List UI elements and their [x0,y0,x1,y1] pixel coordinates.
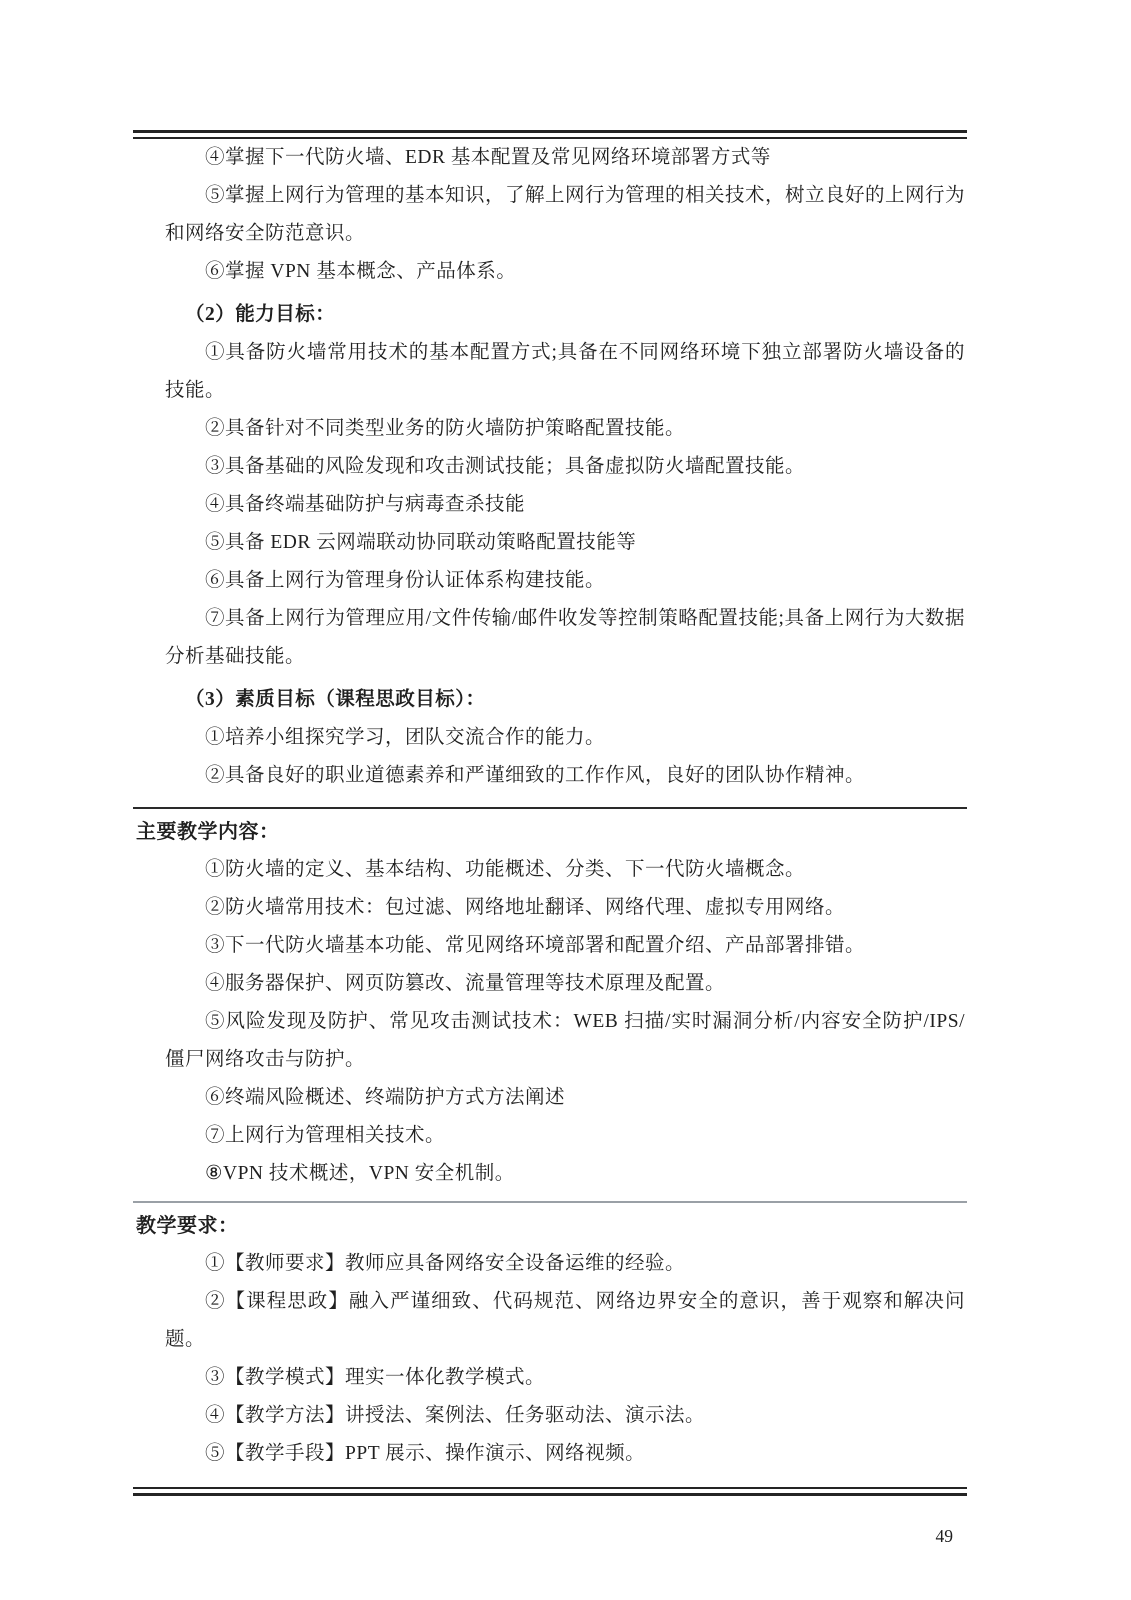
paragraph: ⑥掌握 VPN 基本概念、产品体系。 [165,253,965,291]
section-divider [133,807,967,809]
paragraph: ⑤具备 EDR 云网端联动协同联动策略配置技能等 [165,524,965,562]
paragraph: ⑤掌握上网行为管理的基本知识，了解上网行为管理的相关技术，树立良好的上网行为和网… [165,177,965,253]
paragraph: ⑤【教学手段】PPT 展示、操作演示、网络视频。 [165,1435,965,1473]
paragraph: ③下一代防火墙基本功能、常见网络环境部署和配置介绍、产品部署排错。 [165,927,965,965]
section-ability-goals: （2）能力目标： ①具备防火墙常用技术的基本配置方式;具备在不同网络环境下独立部… [133,296,967,676]
paragraph: ③【教学模式】理实一体化教学模式。 [165,1359,965,1397]
page-content: ④掌握下一代防火墙、EDR 基本配置及常见网络环境部署方式等⑤掌握上网行为管理的… [133,130,967,1547]
teaching-requirements-heading: 教学要求： [136,1207,967,1245]
paragraph: ④掌握下一代防火墙、EDR 基本配置及常见网络环境部署方式等 [165,139,965,177]
page-bottom-border [133,1487,967,1496]
paragraph: ④服务器保护、网页防篡改、流量管理等技术原理及配置。 [165,965,965,1003]
paragraph: ③具备基础的风险发现和攻击测试技能；具备虚拟防火墙配置技能。 [165,448,965,486]
section-teaching-requirements: 教学要求： ①【教师要求】教师应具备网络安全设备运维的经验。②【课程思政】融入严… [133,1207,967,1473]
knowledge-goals-paragraphs: ④掌握下一代防火墙、EDR 基本配置及常见网络环境部署方式等⑤掌握上网行为管理的… [133,139,967,291]
paragraph: ②防火墙常用技术：包过滤、网络地址翻译、网络代理、虚拟专用网络。 [165,889,965,927]
ability-goals-paragraphs: ①具备防火墙常用技术的基本配置方式;具备在不同网络环境下独立部署防火墙设备的技能… [133,334,967,676]
page-number: 49 [133,1526,967,1547]
paragraph: ⑧VPN 技术概述，VPN 安全机制。 [165,1155,965,1193]
paragraph: ⑦具备上网行为管理应用/文件传输/邮件收发等控制策略配置技能;具备上网行为大数据… [165,600,965,676]
ability-goals-heading: （2）能力目标： [165,296,967,334]
paragraph: ⑦上网行为管理相关技术。 [165,1117,965,1155]
page-top-border [133,130,967,139]
section-knowledge-goals-continued: ④掌握下一代防火墙、EDR 基本配置及常见网络环境部署方式等⑤掌握上网行为管理的… [133,139,967,291]
paragraph: ②【课程思政】融入严谨细致、代码规范、网络边界安全的意识，善于观察和解决问题。 [165,1283,965,1359]
teaching-content-paragraphs: ①防火墙的定义、基本结构、功能概述、分类、下一代防火墙概念。②防火墙常用技术：包… [133,851,967,1193]
paragraph: ①具备防火墙常用技术的基本配置方式;具备在不同网络环境下独立部署防火墙设备的技能… [165,334,965,410]
section-divider-gray [133,1201,967,1203]
quality-goals-paragraphs: ①培养小组探究学习，团队交流合作的能力。②具备良好的职业道德素养和严谨细致的工作… [133,719,967,795]
paragraph: ①【教师要求】教师应具备网络安全设备运维的经验。 [165,1245,965,1283]
paragraph: ①防火墙的定义、基本结构、功能概述、分类、下一代防火墙概念。 [165,851,965,889]
paragraph: ②具备良好的职业道德素养和严谨细致的工作作风，良好的团队协作精神。 [165,757,965,795]
paragraph: ①培养小组探究学习，团队交流合作的能力。 [165,719,965,757]
paragraph: ⑤风险发现及防护、常见攻击测试技术：WEB 扫描/实时漏洞分析/内容安全防护/I… [165,1003,965,1079]
teaching-content-heading: 主要教学内容： [136,813,967,851]
paragraph: ⑥终端风险概述、终端防护方式方法阐述 [165,1079,965,1117]
paragraph: ②具备针对不同类型业务的防火墙防护策略配置技能。 [165,410,965,448]
quality-goals-heading: （3）素质目标（课程思政目标）： [165,681,967,719]
paragraph: ④具备终端基础防护与病毒查杀技能 [165,486,965,524]
section-teaching-content: 主要教学内容： ①防火墙的定义、基本结构、功能概述、分类、下一代防火墙概念。②防… [133,813,967,1193]
teaching-requirements-paragraphs: ①【教师要求】教师应具备网络安全设备运维的经验。②【课程思政】融入严谨细致、代码… [133,1245,967,1473]
paragraph: ⑥具备上网行为管理身份认证体系构建技能。 [165,562,965,600]
document-page: ④掌握下一代防火墙、EDR 基本配置及常见网络环境部署方式等⑤掌握上网行为管理的… [0,0,1131,1600]
section-quality-goals: （3）素质目标（课程思政目标）： ①培养小组探究学习，团队交流合作的能力。②具备… [133,681,967,795]
paragraph: ④【教学方法】讲授法、案例法、任务驱动法、演示法。 [165,1397,965,1435]
